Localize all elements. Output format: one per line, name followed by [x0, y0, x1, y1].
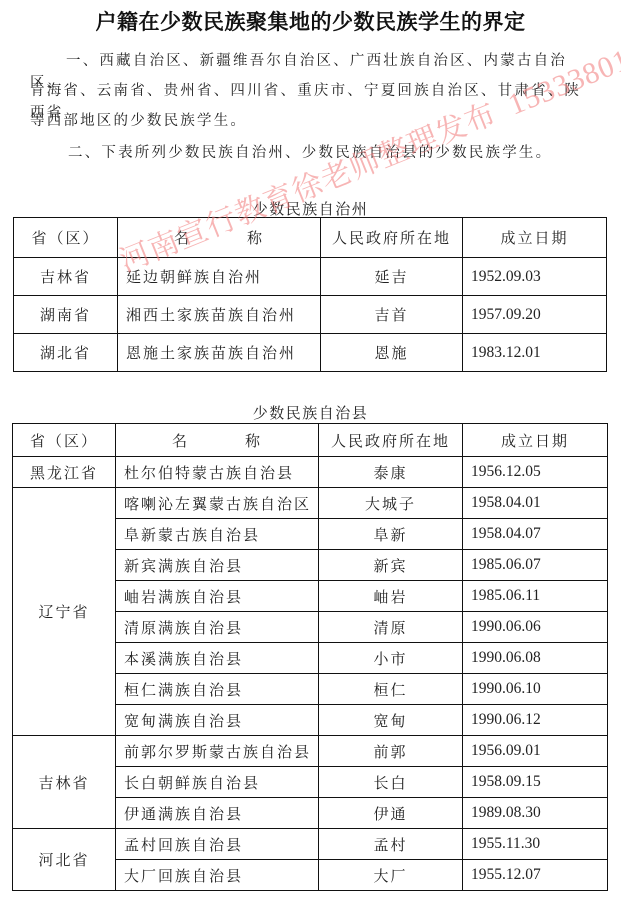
cell-date: 1990.06.08 — [463, 643, 608, 674]
cell-province: 吉林省 — [13, 736, 116, 829]
cell-seat: 大厂 — [319, 860, 463, 891]
cell-name: 喀喇沁左翼蒙古族自治区 — [116, 488, 319, 519]
table-row: 湖南省 湘西土家族苗族自治州 吉首 1957.09.20 — [14, 296, 607, 334]
cell-date: 1955.12.07 — [463, 860, 608, 891]
cell-seat: 清原 — [319, 612, 463, 643]
table-row: 吉林省 延边朝鲜族自治州 延吉 1952.09.03 — [14, 258, 607, 296]
cell-name: 杜尔伯特蒙古族自治县 — [116, 457, 319, 488]
cell-date: 1985.06.11 — [463, 581, 608, 612]
cell-seat: 新宾 — [319, 550, 463, 581]
cell-province: 湖北省 — [14, 334, 118, 372]
cell-name: 大厂回族自治县 — [116, 860, 319, 891]
cell-name: 本溪满族自治县 — [116, 643, 319, 674]
cell-seat: 恩施 — [321, 334, 463, 372]
table-row: 湖北省 恩施土家族苗族自治州 恩施 1983.12.01 — [14, 334, 607, 372]
county-table: 省（区） 名称 人民政府所在地 成立日期 黑龙江省 杜尔伯特蒙古族自治县 泰康 … — [12, 423, 608, 891]
table-header-row: 省（区） 名称 人民政府所在地 成立日期 — [14, 218, 607, 258]
cell-date: 1990.06.12 — [463, 705, 608, 736]
cell-seat: 泰康 — [319, 457, 463, 488]
cell-name: 前郭尔罗斯蒙古族自治县 — [116, 736, 319, 767]
cell-name: 桓仁满族自治县 — [116, 674, 319, 705]
cell-date: 1990.06.06 — [463, 612, 608, 643]
cell-name: 新宾满族自治县 — [116, 550, 319, 581]
cell-date: 1958.04.07 — [463, 519, 608, 550]
cell-date: 1957.09.20 — [463, 296, 607, 334]
cell-name: 恩施土家族苗族自治州 — [118, 334, 321, 372]
cell-date: 1956.09.01 — [463, 736, 608, 767]
cell-seat: 阜新 — [319, 519, 463, 550]
cell-date: 1958.09.15 — [463, 767, 608, 798]
cell-seat: 大城子 — [319, 488, 463, 519]
cell-name: 长白朝鲜族自治县 — [116, 767, 319, 798]
header-name-char-2: 称 — [245, 430, 262, 451]
prefecture-table-caption: 少数民族自治州 — [0, 198, 621, 219]
cell-seat: 伊通 — [319, 798, 463, 829]
table-row: 辽宁省 喀喇沁左翼蒙古族自治区 大城子 1958.04.01 — [13, 488, 608, 519]
cell-seat: 延吉 — [321, 258, 463, 296]
cell-province: 湖南省 — [14, 296, 118, 334]
table-row: 河北省 孟村回族自治县 孟村 1955.11.30 — [13, 829, 608, 860]
header-name: 名称 — [116, 424, 319, 457]
cell-province: 辽宁省 — [13, 488, 116, 736]
paragraph-1-line-3: 等西部地区的少数民族学生。 — [30, 110, 596, 132]
header-seat: 人民政府所在地 — [319, 424, 463, 457]
cell-name: 岫岩满族自治县 — [116, 581, 319, 612]
table-header-row: 省（区） 名称 人民政府所在地 成立日期 — [13, 424, 608, 457]
cell-name: 清原满族自治县 — [116, 612, 319, 643]
cell-seat: 岫岩 — [319, 581, 463, 612]
cell-seat: 吉首 — [321, 296, 463, 334]
cell-name: 阜新蒙古族自治县 — [116, 519, 319, 550]
cell-name: 湘西土家族苗族自治州 — [118, 296, 321, 334]
header-name-char-2: 称 — [247, 227, 264, 248]
header-name-char-1: 名 — [174, 227, 191, 248]
header-date: 成立日期 — [463, 424, 608, 457]
cell-seat: 桓仁 — [319, 674, 463, 705]
cell-province: 河北省 — [13, 829, 116, 891]
cell-seat: 长白 — [319, 767, 463, 798]
cell-date: 1990.06.10 — [463, 674, 608, 705]
header-seat: 人民政府所在地 — [321, 218, 463, 258]
cell-date: 1956.12.05 — [463, 457, 608, 488]
cell-date: 1955.11.30 — [463, 829, 608, 860]
cell-date: 1958.04.01 — [463, 488, 608, 519]
county-table-caption: 少数民族自治县 — [0, 402, 621, 423]
header-name-char-1: 名 — [172, 430, 189, 451]
table-row: 吉林省 前郭尔罗斯蒙古族自治县 前郭 1956.09.01 — [13, 736, 608, 767]
cell-date: 1985.06.07 — [463, 550, 608, 581]
header-date: 成立日期 — [463, 218, 607, 258]
cell-name: 延边朝鲜族自治州 — [118, 258, 321, 296]
cell-province: 吉林省 — [14, 258, 118, 296]
cell-date: 1983.12.01 — [463, 334, 607, 372]
cell-date: 1989.08.30 — [463, 798, 608, 829]
cell-seat: 小市 — [319, 643, 463, 674]
paragraph-2: 二、下表所列少数民族自治州、少数民族自治县的少数民族学生。 — [68, 142, 621, 164]
cell-name: 孟村回族自治县 — [116, 829, 319, 860]
cell-name: 宽甸满族自治县 — [116, 705, 319, 736]
cell-seat: 前郭 — [319, 736, 463, 767]
table-row: 黑龙江省 杜尔伯特蒙古族自治县 泰康 1956.12.05 — [13, 457, 608, 488]
prefecture-table: 省（区） 名称 人民政府所在地 成立日期 吉林省 延边朝鲜族自治州 延吉 195… — [13, 217, 607, 372]
header-province: 省（区） — [14, 218, 118, 258]
cell-name: 伊通满族自治县 — [116, 798, 319, 829]
document-title: 户籍在少数民族聚集地的少数民族学生的界定 — [0, 6, 621, 36]
cell-seat: 孟村 — [319, 829, 463, 860]
header-name: 名称 — [118, 218, 321, 258]
cell-province: 黑龙江省 — [13, 457, 116, 488]
header-province: 省（区） — [13, 424, 116, 457]
cell-date: 1952.09.03 — [463, 258, 607, 296]
cell-seat: 宽甸 — [319, 705, 463, 736]
